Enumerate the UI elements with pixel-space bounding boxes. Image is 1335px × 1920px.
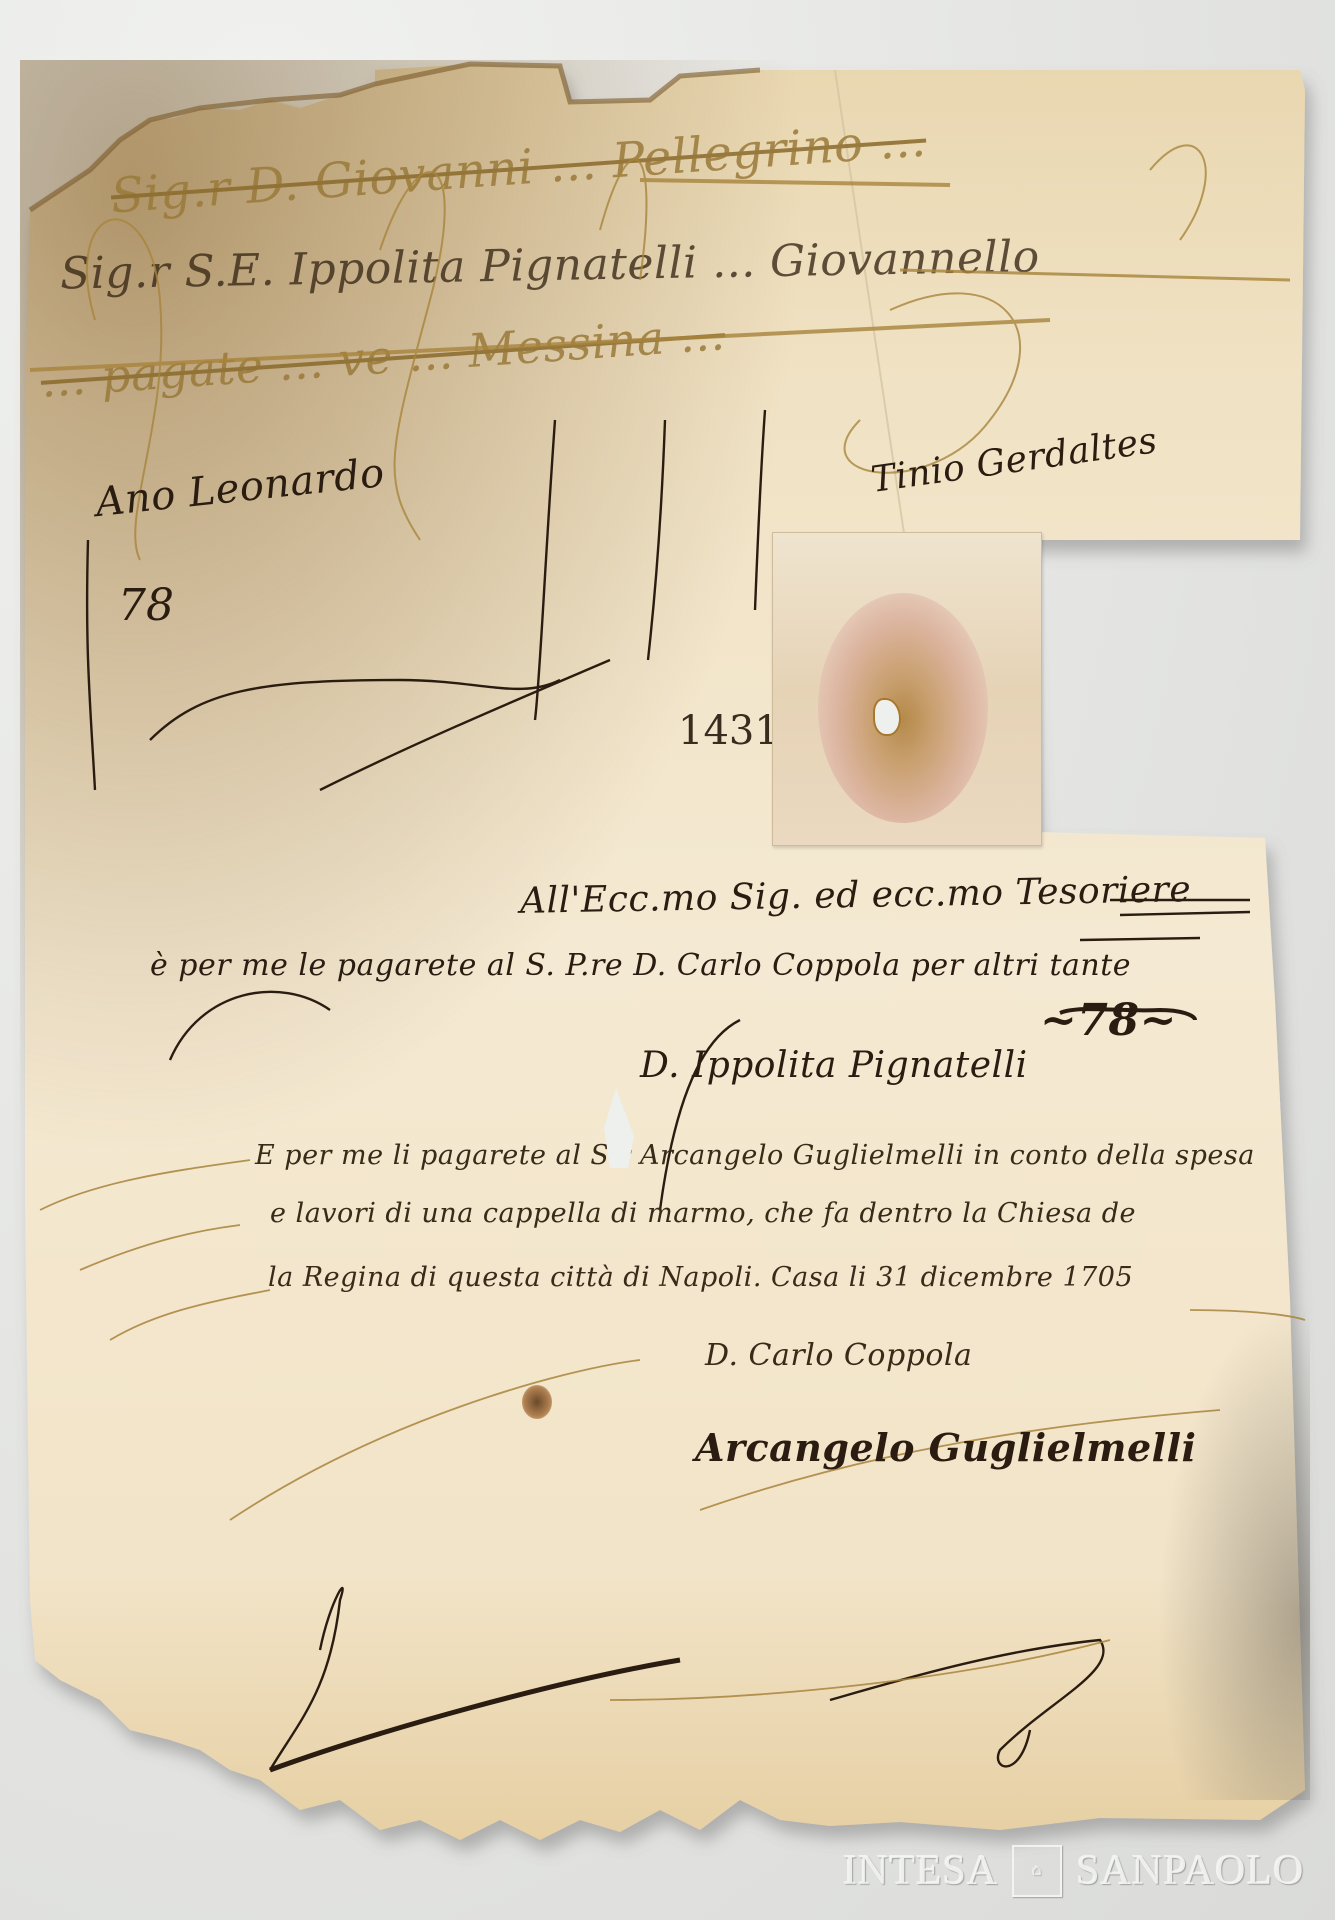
signature-pignatelli: D. Ippolita Pignatelli xyxy=(640,1045,1028,1086)
signature-coppola: D. Carlo Coppola xyxy=(705,1338,972,1373)
watermark-right-text: SANPAOLO xyxy=(1076,1847,1304,1895)
stamp-patch xyxy=(772,532,1042,846)
receipt-body-2: e lavori di una cappella di marmo, che f… xyxy=(270,1198,1136,1229)
bank-logo-icon: ⌂ xyxy=(1012,1845,1062,1897)
receipt-line-2: è per me le pagarete al S. P.re D. Carlo… xyxy=(150,948,1131,983)
paper-hole xyxy=(873,698,901,736)
signature-guglielmelli: Arcangelo Guglielmelli xyxy=(695,1425,1196,1470)
catalog-number: 1431 xyxy=(678,708,780,754)
margin-number: 78 xyxy=(118,580,174,631)
seal-stain xyxy=(818,593,988,823)
ink-stain xyxy=(522,1385,552,1419)
receipt-amount: ~78~ xyxy=(1040,995,1177,1046)
receipt-body-1: E per me li pagarete al S.r Arcangelo Gu… xyxy=(255,1140,1255,1171)
receipt-body-3: la Regina di questa città di Napoli. Cas… xyxy=(268,1262,1133,1293)
watermark-left-text: INTESA xyxy=(843,1847,998,1895)
intesa-sanpaolo-watermark: INTESA ⌂ SANPAOLO xyxy=(843,1848,1305,1894)
